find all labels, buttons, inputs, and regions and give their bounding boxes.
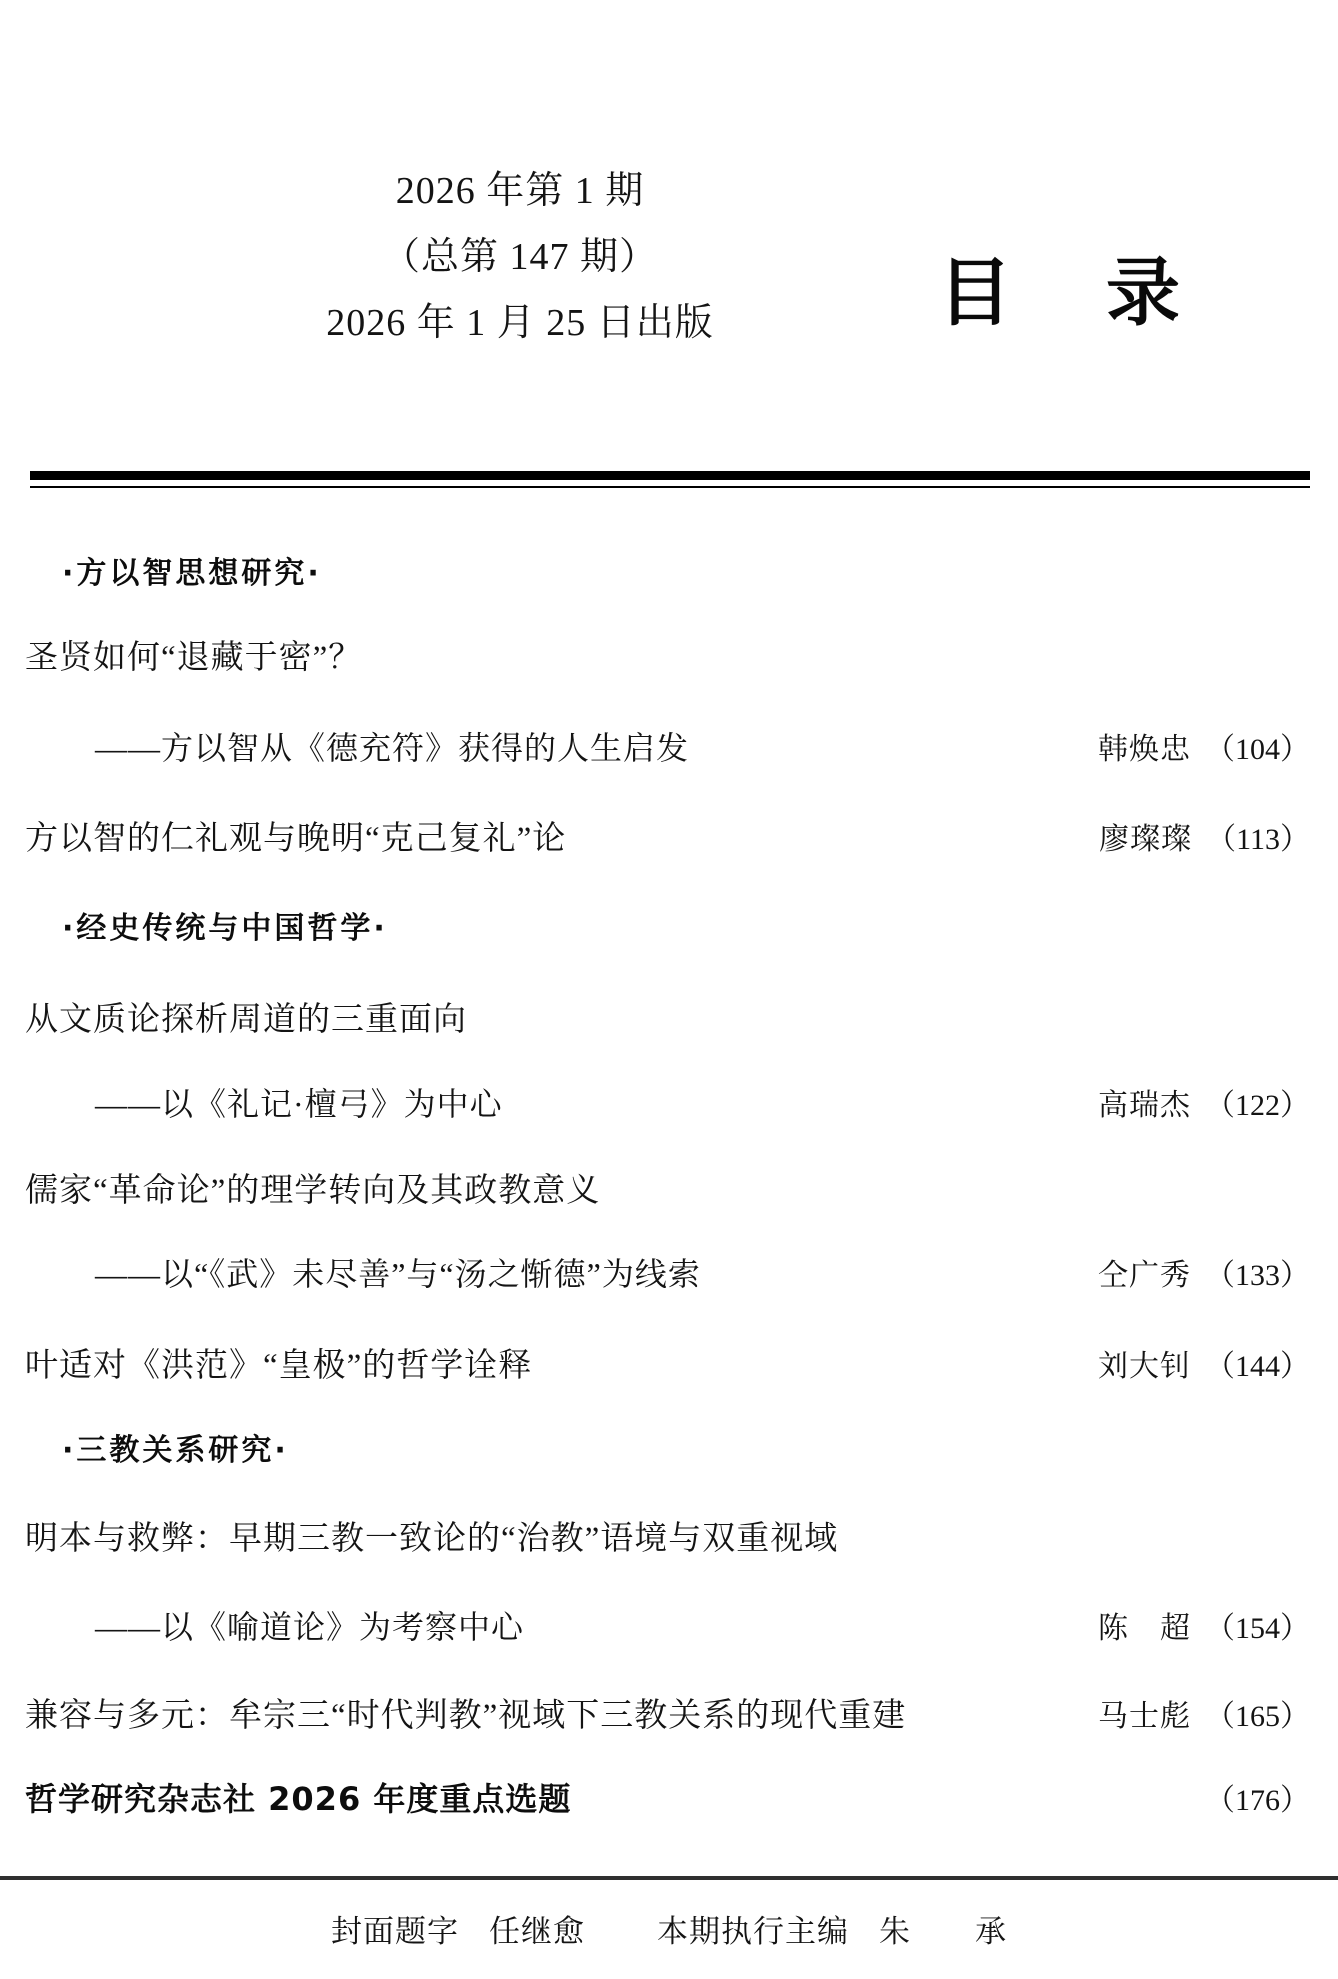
page-number: （176） bbox=[1205, 1775, 1310, 1819]
issue-number: 2026 年第 1 期 bbox=[280, 158, 760, 224]
journal-toc-page: 2026 年第 1 期 （总第 147 期） 2026 年 1 月 25 日出版… bbox=[0, 0, 1338, 1979]
section-heading: ·方以智思想研究· bbox=[62, 548, 322, 592]
author-page-group: 仝广秀 （133） bbox=[1098, 1250, 1310, 1294]
article-title: 儒家“革命论”的理学转向及其政教意义 bbox=[25, 1164, 600, 1211]
special-topic-title: 哲学研究杂志社 2026 年度重点选题 bbox=[25, 1774, 571, 1820]
page-number: （133） bbox=[1205, 1250, 1310, 1294]
footer-credits: 封面题字任继愈本期执行主编朱 承 bbox=[0, 1906, 1338, 1951]
page-number: （144） bbox=[1205, 1341, 1310, 1385]
article-title: 明本与救弊：早期三教一致论的“治教”语境与双重视域 bbox=[25, 1512, 838, 1559]
article-subtitle: ——以《礼记·檀弓》为中心 bbox=[25, 1079, 503, 1125]
author-name: 廖璨璨 bbox=[1099, 814, 1192, 858]
toc-entry: 圣贤如何“退藏于密”？ bbox=[25, 631, 1310, 678]
toc-entry: 哲学研究杂志社 2026 年度重点选题 （176） bbox=[25, 1774, 1310, 1820]
article-title: 方以智的仁礼观与晚明“克己复礼”论 bbox=[25, 812, 566, 859]
toc-entry: 叶适对《洪范》“皇极”的哲学诠释 刘大钊 （144） bbox=[25, 1339, 1310, 1386]
page-number: （154） bbox=[1205, 1603, 1310, 1647]
toc-title: 目 录 bbox=[938, 234, 1190, 340]
article-subtitle: ——以“《武》未尽善”与“汤之惭德”为线索 bbox=[25, 1249, 701, 1295]
section-heading: ·经史传统与中国哲学· bbox=[62, 903, 388, 947]
cover-calligraphy-label: 封面题字 bbox=[331, 1914, 459, 1949]
toc-entry: ——以《礼记·檀弓》为中心 高瑞杰 （122） bbox=[25, 1079, 1310, 1125]
page-number: （104） bbox=[1205, 724, 1310, 768]
author-name: 马士彪 bbox=[1098, 1691, 1191, 1735]
author-name: 仝广秀 bbox=[1098, 1250, 1191, 1294]
author-name: 高瑞杰 bbox=[1098, 1080, 1191, 1124]
article-title: 圣贤如何“退藏于密”？ bbox=[25, 631, 362, 678]
toc-entry: 儒家“革命论”的理学转向及其政教意义 bbox=[25, 1164, 1310, 1211]
volume-number: （总第 147 期） bbox=[280, 224, 760, 290]
toc-entry: 从文质论探析周道的三重面向 bbox=[25, 993, 1310, 1040]
page-number: （122） bbox=[1205, 1080, 1310, 1124]
article-title: 兼容与多元：牟宗三“时代判教”视域下三教关系的现代重建 bbox=[25, 1689, 906, 1736]
toc-entry: ——方以智从《德充符》获得的人生启发 韩焕忠 （104） bbox=[25, 723, 1310, 769]
header-rule-thick bbox=[30, 471, 1310, 480]
toc-entry: ——以《喻道论》为考察中心 陈 超 （154） bbox=[25, 1602, 1310, 1648]
author-name: 韩焕忠 bbox=[1098, 724, 1191, 768]
toc-entry: 兼容与多元：牟宗三“时代判教”视域下三教关系的现代重建 马士彪 （165） bbox=[25, 1689, 1310, 1736]
author-name: 刘大钊 bbox=[1098, 1341, 1191, 1385]
issue-info-block: 2026 年第 1 期 （总第 147 期） 2026 年 1 月 25 日出版 bbox=[280, 158, 760, 356]
footer-rule bbox=[0, 1876, 1338, 1880]
page-number: （165） bbox=[1205, 1691, 1310, 1735]
author-page-group: 马士彪 （165） bbox=[1098, 1691, 1310, 1735]
toc-entry: 方以智的仁礼观与晚明“克己复礼”论 廖璨璨 （113） bbox=[25, 812, 1310, 859]
publish-date: 2026 年 1 月 25 日出版 bbox=[280, 290, 760, 356]
article-title: 叶适对《洪范》“皇极”的哲学诠释 bbox=[25, 1339, 532, 1386]
section-heading: ·三教关系研究· bbox=[62, 1425, 289, 1469]
author-page-group: 廖璨璨 （113） bbox=[1099, 814, 1310, 858]
author-page-group: 刘大钊 （144） bbox=[1098, 1341, 1310, 1385]
author-page-group: 陈 超 （154） bbox=[1098, 1603, 1310, 1647]
author-page-group: 高瑞杰 （122） bbox=[1098, 1080, 1310, 1124]
executive-editor-label: 本期执行主编 bbox=[657, 1914, 849, 1949]
page-number: （113） bbox=[1206, 814, 1310, 858]
article-subtitle: ——以《喻道论》为考察中心 bbox=[25, 1602, 524, 1648]
executive-editor: 朱 承 bbox=[879, 1914, 1007, 1949]
article-title: 从文质论探析周道的三重面向 bbox=[25, 993, 467, 1040]
article-subtitle: ——方以智从《德充符》获得的人生启发 bbox=[25, 723, 689, 769]
author-page-group: 韩焕忠 （104） bbox=[1098, 724, 1310, 768]
header-rule-thin bbox=[30, 486, 1310, 488]
toc-entry: 明本与救弊：早期三教一致论的“治教”语境与双重视域 bbox=[25, 1512, 1310, 1559]
author-name: 陈 超 bbox=[1098, 1603, 1191, 1647]
toc-entry: ——以“《武》未尽善”与“汤之惭德”为线索 仝广秀 （133） bbox=[25, 1249, 1310, 1295]
cover-calligrapher: 任继愈 bbox=[489, 1914, 585, 1949]
